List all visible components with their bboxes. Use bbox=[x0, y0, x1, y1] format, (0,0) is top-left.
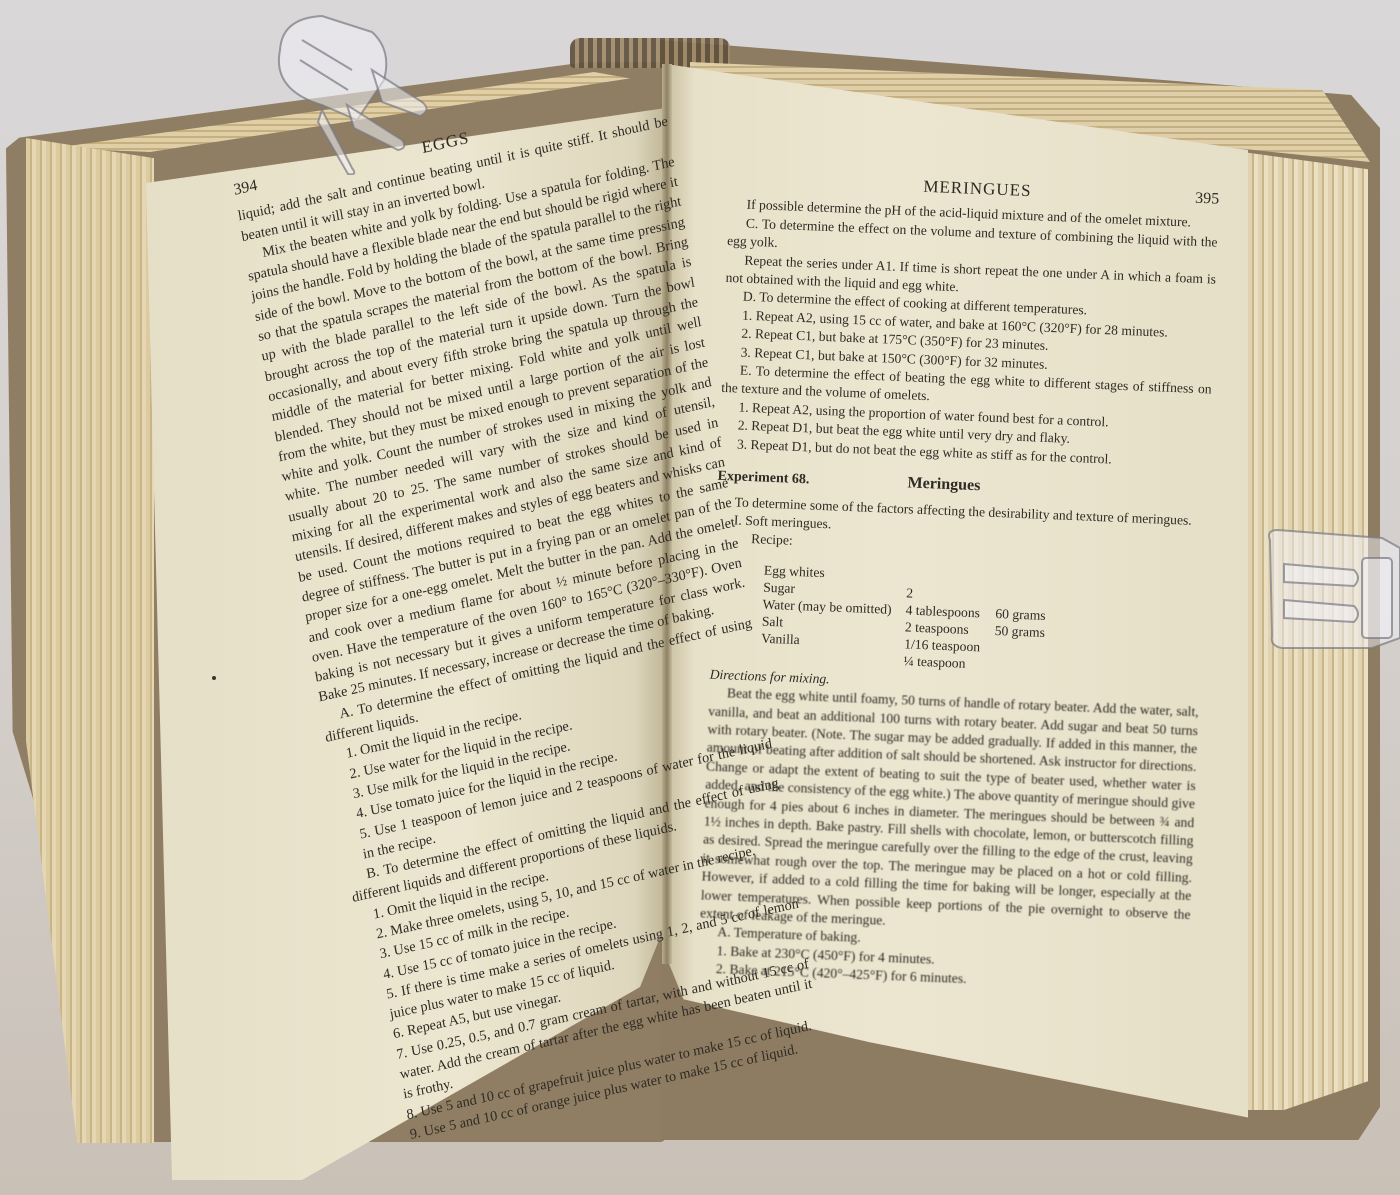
running-head: MERINGUES bbox=[923, 178, 1032, 201]
page-number: 394 bbox=[232, 176, 259, 201]
weight: 50 grams bbox=[994, 622, 1059, 642]
page-speck bbox=[212, 676, 216, 680]
page-number: 395 bbox=[1195, 190, 1220, 209]
measure: ¼ teaspoon bbox=[903, 652, 994, 673]
directions-text: Beat the egg white until foamy, 50 turns… bbox=[700, 684, 1199, 943]
right-page-text: MERINGUES 395 If possible determine the … bbox=[698, 170, 1220, 998]
experiment-number: Experiment 68. bbox=[717, 468, 908, 494]
page-clip-icon bbox=[262, 10, 432, 175]
page-clip-icon bbox=[1262, 518, 1400, 668]
book-photo: 394 EGGS liquid; add the salt and contin… bbox=[0, 0, 1400, 1195]
paragraph: Mix the beaten white and yolk by folding… bbox=[243, 152, 750, 708]
page-edges-left bbox=[26, 138, 154, 1143]
recipe-table: Egg whites Sugar 2 Water (may be omitted… bbox=[760, 561, 1061, 675]
weight bbox=[993, 656, 1058, 676]
weight: 60 grams bbox=[995, 605, 1060, 625]
experiment-title: Meringues bbox=[907, 474, 981, 495]
